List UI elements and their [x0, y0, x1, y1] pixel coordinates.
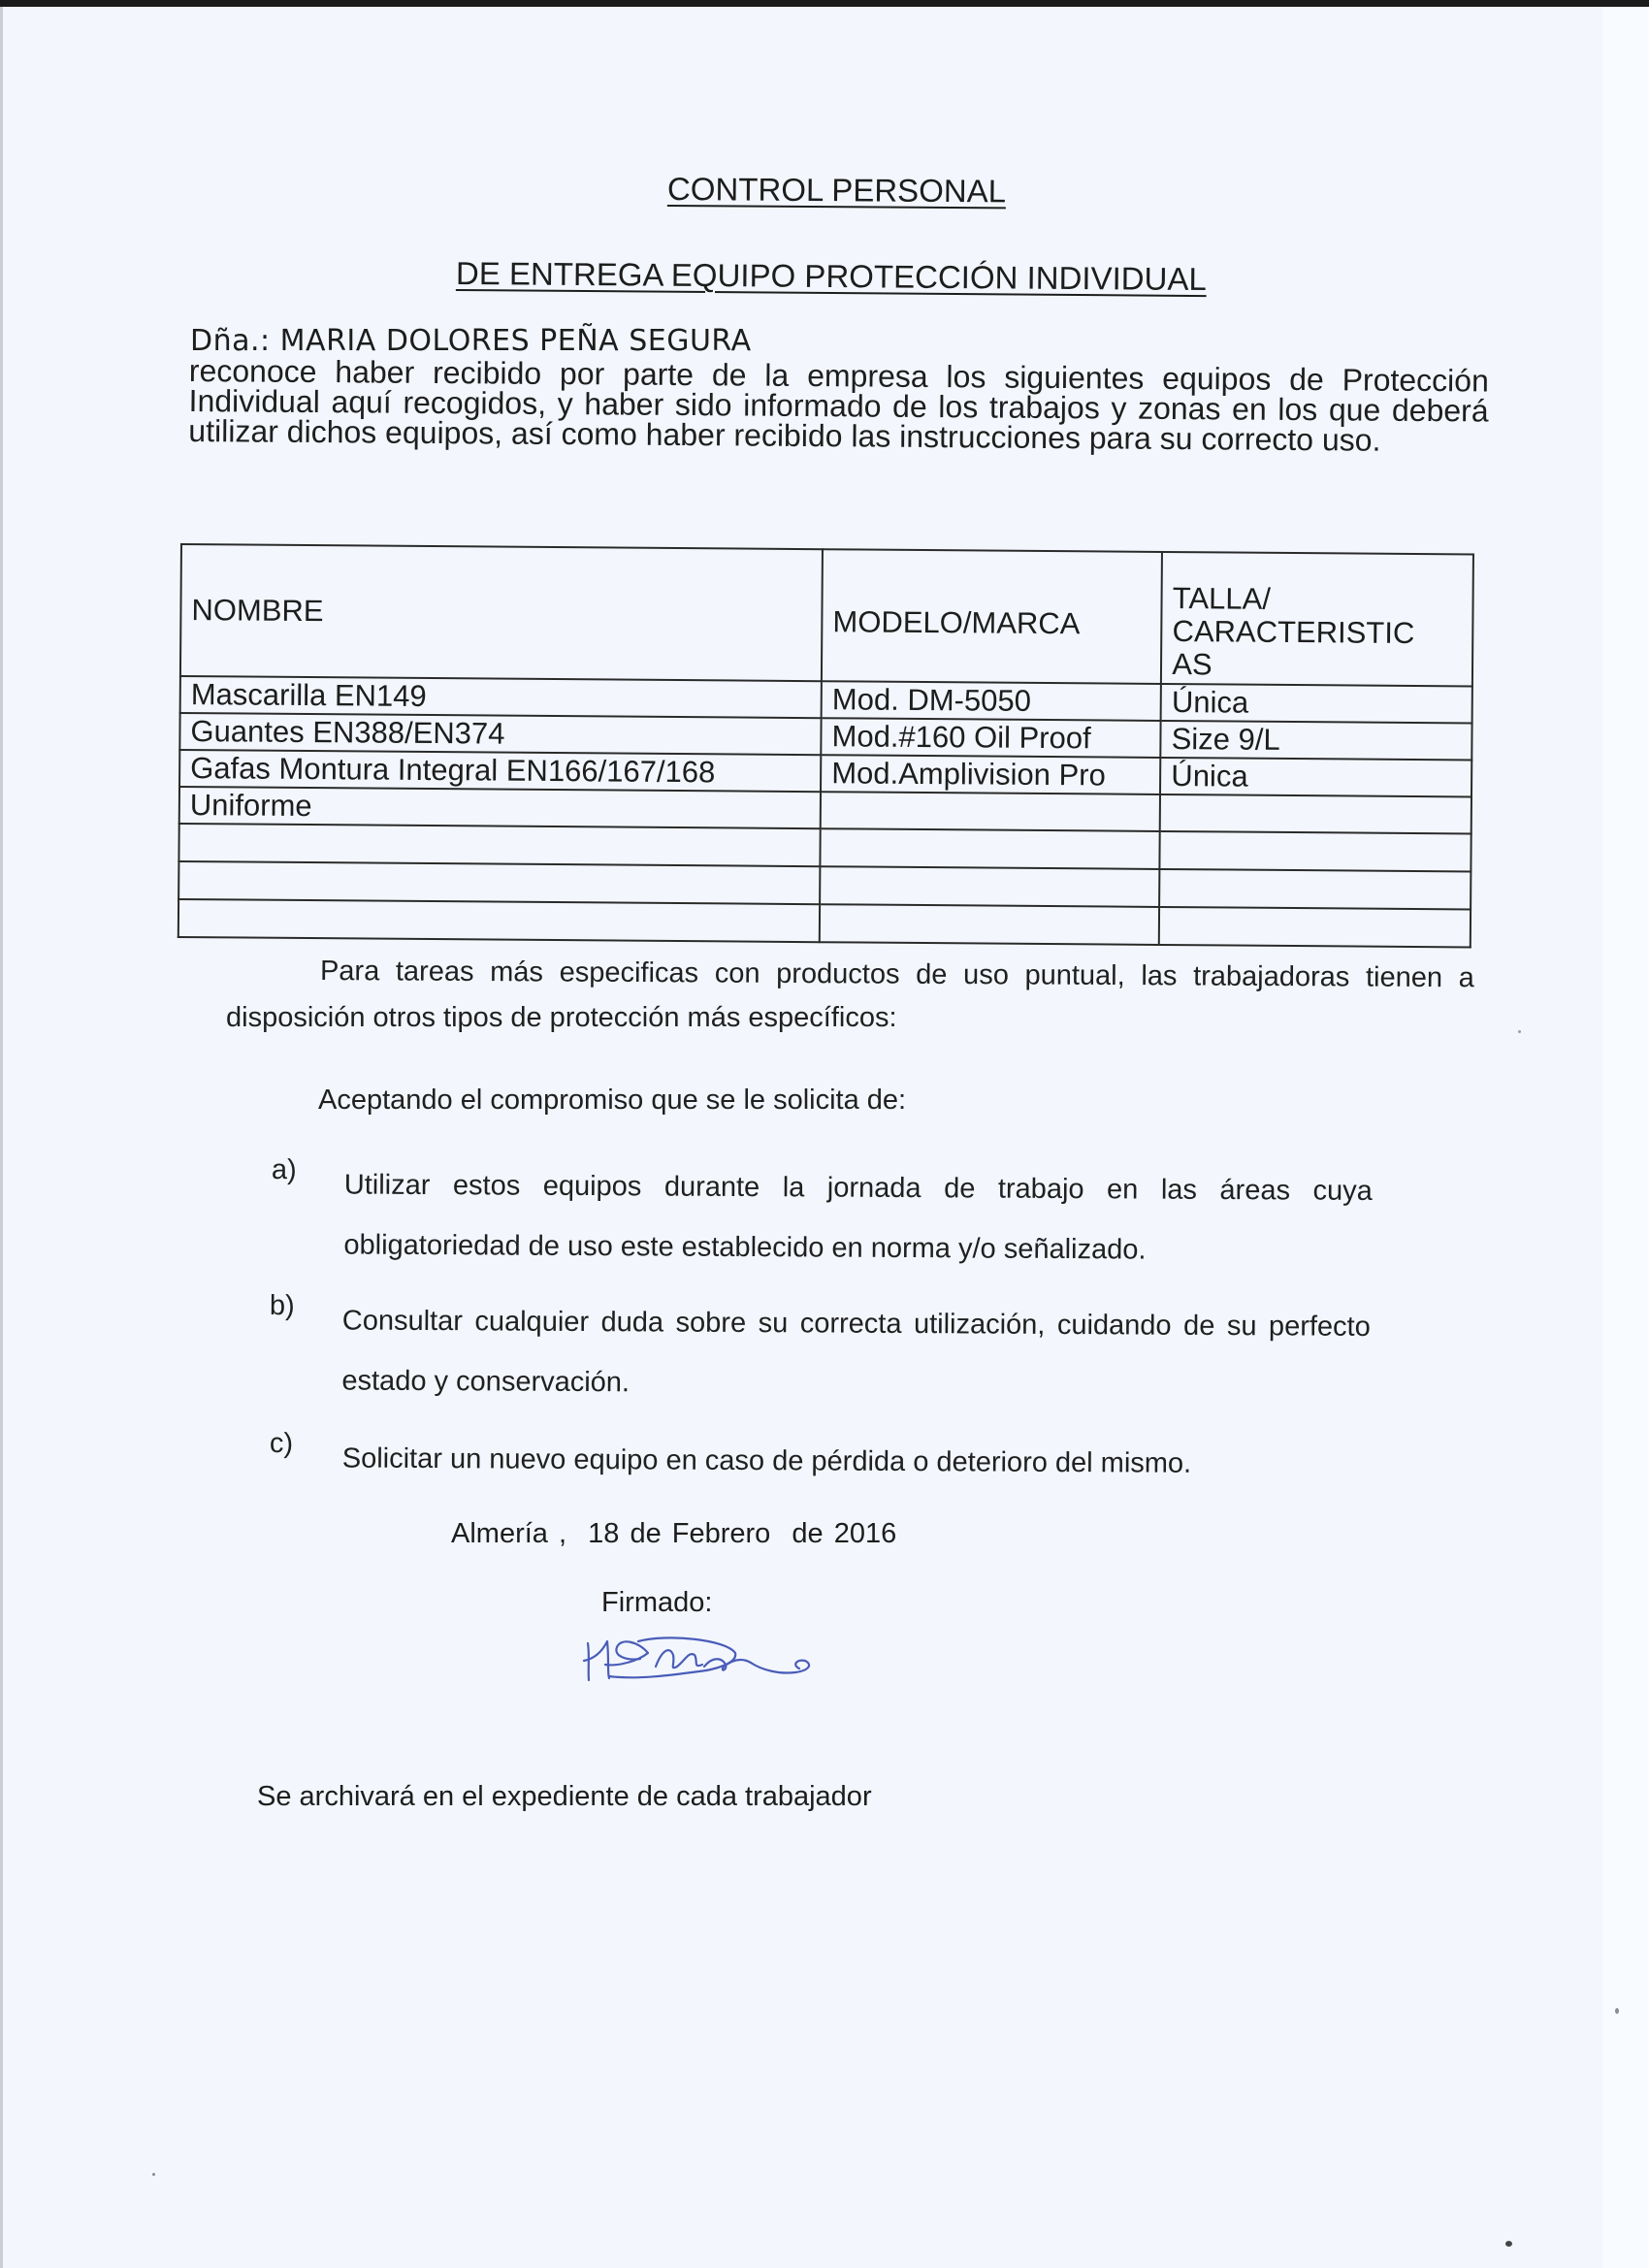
- word: las: [1141, 960, 1177, 992]
- cell-talla: Size 9/L: [1161, 721, 1472, 761]
- word: de: [916, 959, 947, 991]
- cell-nombre: Gafas Montura Integral EN166/167/168: [179, 750, 821, 792]
- cell-modelo: [820, 866, 1159, 907]
- cell-modelo: Mod.Amplivision Pro: [821, 755, 1160, 794]
- header-modelo-marca: MODELO/MARCA: [822, 549, 1162, 684]
- cell-talla: [1160, 794, 1471, 834]
- cell-nombre: Mascarilla EN149: [180, 676, 822, 718]
- cell-nombre: [178, 899, 820, 942]
- item-marker: b): [270, 1290, 295, 1322]
- word: con: [715, 957, 760, 989]
- item-marker: a): [272, 1154, 297, 1186]
- table-header-row: NOMBRE MODELO/MARCA TALLA/CARACTERISTICA…: [180, 544, 1473, 686]
- item-text: Consultar cualquier duda sobre su correc…: [341, 1290, 1371, 1416]
- word: más: [490, 956, 543, 988]
- footer-note: Se archivará en el expediente de cada tr…: [257, 1781, 872, 1813]
- word: especificas: [560, 957, 699, 990]
- word: trabajadoras: [1193, 960, 1349, 993]
- word: tienen: [1366, 962, 1442, 994]
- specific-note-line1: Paratareasmásespecificasconproductosdeus…: [320, 956, 1474, 994]
- word: puntual,: [1024, 959, 1124, 992]
- signed-label: Firmado:: [601, 1587, 712, 1619]
- scan-speck: [152, 2173, 155, 2176]
- acceptance-intro: Aceptando el compromiso que se le solici…: [318, 1085, 906, 1117]
- cell-modelo: [820, 904, 1159, 945]
- item-text: Solicitar un nuevo equipo en caso de pér…: [342, 1428, 1371, 1494]
- cell-nombre: Uniforme: [179, 787, 821, 828]
- scan-speck: [1518, 1030, 1521, 1033]
- intro-paragraph: reconoce haber recibido por parte de la …: [188, 356, 1489, 457]
- scan-speck: [1505, 2241, 1512, 2247]
- word: tareas: [396, 956, 474, 988]
- document-title: CONTROL PERSONAL: [667, 171, 1006, 210]
- cell-nombre: [178, 824, 820, 866]
- cell-modelo: Mod.#160 Oil Proof: [821, 718, 1160, 758]
- cell-talla: [1159, 869, 1471, 910]
- cell-talla: Única: [1160, 758, 1471, 797]
- cell-modelo: [821, 792, 1160, 831]
- specific-note-line2: disposición otros tipos de protección má…: [226, 1002, 897, 1034]
- header-talla: TALLA/CARACTERISTICAS: [1161, 552, 1473, 687]
- scan-right-margin: [1602, 7, 1649, 2268]
- scan-left-edge: [0, 7, 3, 2268]
- header-nombre: NOMBRE: [180, 544, 823, 681]
- cell-nombre: Guantes EN388/EN374: [179, 713, 821, 755]
- cell-talla: [1160, 831, 1471, 872]
- cell-modelo: Mod. DM-5050: [822, 681, 1161, 721]
- scan-top-edge: [0, 0, 1649, 7]
- cell-nombre: [178, 861, 820, 904]
- cell-talla: Única: [1161, 684, 1472, 724]
- cell-modelo: [821, 828, 1160, 869]
- item-text: Utilizar estos equipos durante la jornad…: [343, 1154, 1373, 1280]
- word: Para: [320, 956, 379, 988]
- item-marker: c): [270, 1428, 293, 1460]
- scan-speck: [1615, 2008, 1619, 2014]
- document-subtitle: DE ENTREGA EQUIPO PROTECCIÓN INDIVIDUAL: [456, 255, 1207, 298]
- place-date: Almería , 18 de Febrero de 2016: [451, 1518, 896, 1550]
- ppe-delivery-table: NOMBRE MODELO/MARCA TALLA/CARACTERISTICA…: [178, 543, 1474, 948]
- word: productos: [776, 958, 900, 991]
- word: uso: [963, 959, 1009, 991]
- cell-talla: [1159, 907, 1471, 948]
- handwritten-signature-icon: [580, 1632, 818, 1685]
- word: a: [1459, 962, 1474, 994]
